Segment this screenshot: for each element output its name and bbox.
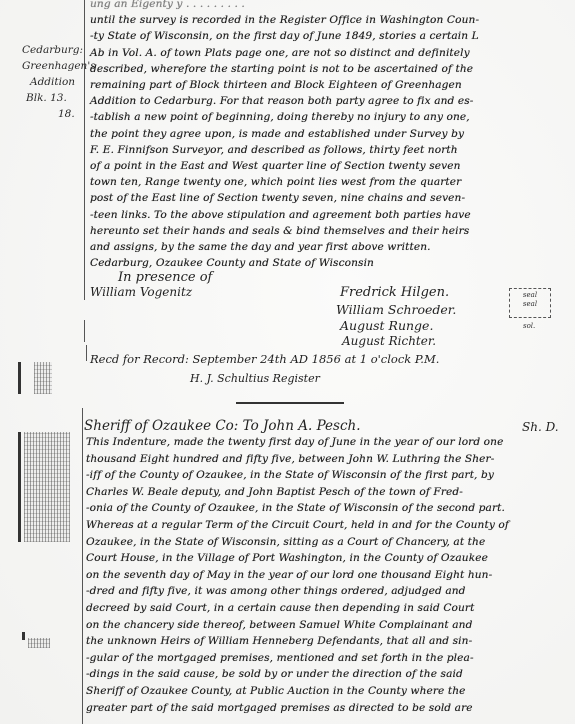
margin-note-addition-2: Addition xyxy=(30,76,75,88)
margin-note-block-1: Blk. 13. xyxy=(26,92,67,104)
bleed-bar xyxy=(22,632,25,640)
margin-rule-lower xyxy=(82,408,83,724)
deed-text-line: and assigns, by the same the day and yea… xyxy=(90,241,431,253)
signatory-2: William Schroeder. xyxy=(336,302,456,317)
deed-text-line: hereunto set their hands and seals & bin… xyxy=(90,225,469,237)
deed-text-line: on the seventh day of May in the year of… xyxy=(86,569,492,581)
margin-note-block-2: 18. xyxy=(58,108,75,120)
bleed-bar xyxy=(18,362,21,394)
deed-text-line: decreed by said Court, in a certain caus… xyxy=(86,602,474,614)
deed-text-line: Ozaukee, in the State of Wisconsin, sitt… xyxy=(86,536,485,548)
bleed-mark xyxy=(24,432,70,542)
deed-text-line: the point they agree upon, is made and e… xyxy=(90,128,464,140)
deed-text-line: -iff of the County of Ozaukee, in the St… xyxy=(86,469,494,481)
deed-text-line: This Indenture, made the twenty first da… xyxy=(86,436,503,448)
seal-box: seal seal xyxy=(509,288,551,318)
bleed-bar xyxy=(18,432,21,542)
deed-text-line: greater part of the said mortgaged premi… xyxy=(86,702,473,714)
deed-text-line: -dings in the said cause, be sold by or … xyxy=(86,668,463,680)
bleed-mark xyxy=(28,638,50,648)
deed-text-line: -tablish a new point of beginning, doing… xyxy=(90,111,470,123)
margin-rule-upper xyxy=(84,0,85,300)
margin-note-place: Cedarburg: xyxy=(22,44,83,56)
seal-line-2: seal xyxy=(510,300,550,309)
deed-text-line: Court House, in the Village of Port Wash… xyxy=(86,552,488,564)
deed-text-line: on the chancery side thereof, between Sa… xyxy=(86,619,472,631)
recorded-line: Recd for Record: September 24th AD 1856 … xyxy=(90,352,439,366)
deed-text-line: -dred and fifty five, it was among other… xyxy=(86,585,466,597)
presence-label: In presence of xyxy=(118,270,212,285)
scanned-document-page: Cedarburg: Greenhagen's Addition Blk. 13… xyxy=(0,0,575,724)
deed-text-line: Charles W. Beale deputy, and John Baptis… xyxy=(86,486,463,498)
deed-text-line: -teen links. To the above stipulation an… xyxy=(90,209,471,221)
deed-text-line: Addition to Cedarburg. For that reason b… xyxy=(90,95,473,107)
witness-signature: William Vogenitz xyxy=(90,285,192,299)
deed-text-line: Sheriff of Ozaukee County, at Public Auc… xyxy=(86,685,466,697)
deed-text-line: Cedarburg, Ozaukee County and State of W… xyxy=(90,257,374,269)
deed-text-line: town ten, Range twenty one, which point … xyxy=(90,176,461,188)
deed-text-line: Whereas at a regular Term of the Circuit… xyxy=(86,519,509,531)
deed-text-line: remaining part of Block thirteen and Blo… xyxy=(90,79,462,91)
bleed-mark xyxy=(34,362,52,394)
deed-text-line: Ab in Vol. A. of town Plats page one, ar… xyxy=(90,47,470,59)
deed-text-line: post of the East line of Section twenty … xyxy=(90,192,465,204)
seal-line-3: sol. xyxy=(523,322,535,330)
deed-text-line: thousand Eight hundred and fifty five, b… xyxy=(86,453,494,465)
deed-text-line: F. E. Finnifson Surveyor, and described … xyxy=(90,144,458,156)
deed-text-line: -ty State of Wisconsin, on the first day… xyxy=(90,30,479,42)
signatory-3: August Runge. xyxy=(340,318,433,333)
deed-text-line: -onia of the County of Ozaukee, in the S… xyxy=(86,502,505,514)
deed-text-line: of a point in the East and West quarter … xyxy=(90,160,461,172)
section-divider xyxy=(236,402,344,404)
seal-line-1: seal xyxy=(510,291,550,300)
signatory-4: August Richter. xyxy=(342,334,436,348)
signatory-1: Fredrick Hilgen. xyxy=(340,285,449,300)
deed-text-line: described, wherefore the starting point … xyxy=(90,63,473,75)
margin-tick xyxy=(84,320,85,342)
section-2-heading-right: Sh. D. xyxy=(522,420,559,434)
deed-text-line: until the survey is recorded in the Regi… xyxy=(90,14,479,26)
deed-text-line: -gular of the mortgaged premises, mentio… xyxy=(86,652,474,664)
register-line: H. J. Schultius Register xyxy=(190,372,320,385)
section-2-heading: Sheriff of Ozaukee Co: To John A. Pesch. xyxy=(84,418,361,434)
deed-text-line: the unknown Heirs of William Henneberg D… xyxy=(86,635,472,647)
margin-note-addition-1: Greenhagen's xyxy=(22,60,96,72)
margin-tick xyxy=(86,345,87,361)
deed-text-line: ung an Eigenty y . . . . . . . . . xyxy=(90,0,245,10)
